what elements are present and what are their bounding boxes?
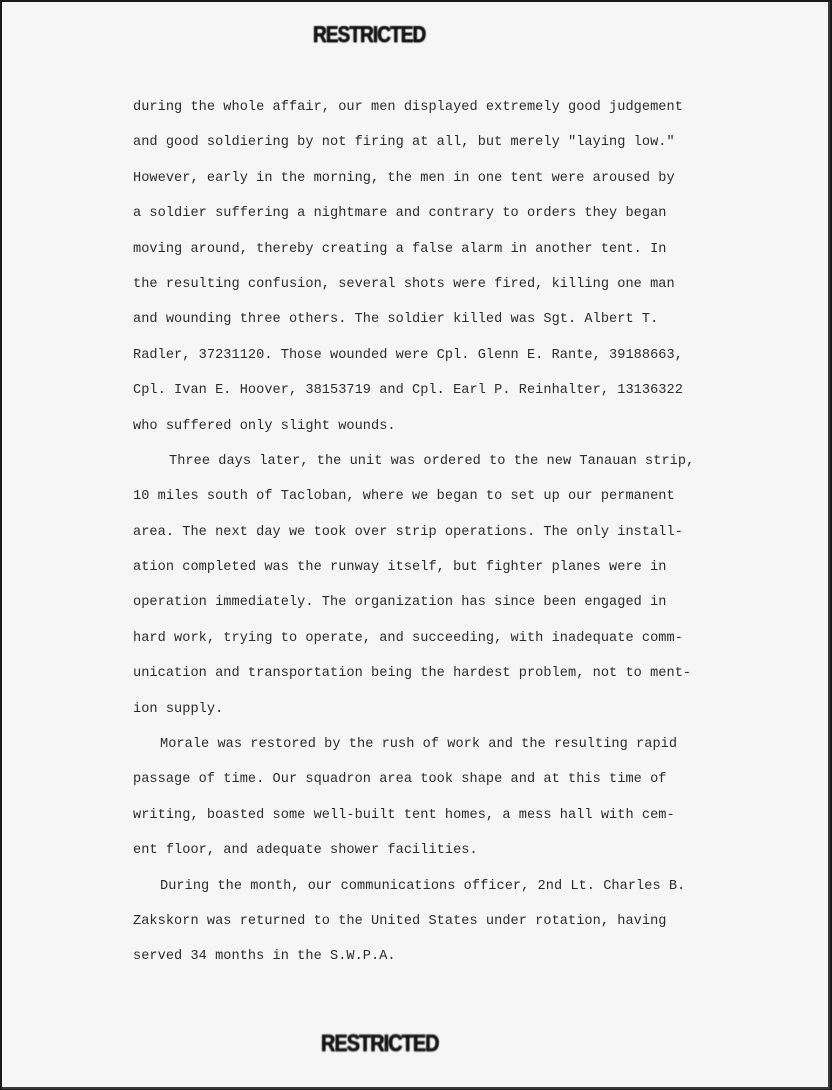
text-line: during the whole affair, our men display…: [133, 90, 733, 125]
text-line: Cpl. Ivan E. Hoover, 38153719 and Cpl. E…: [133, 373, 733, 408]
text-line: ion supply.: [133, 692, 733, 727]
text-line: ent floor, and adequate shower facilitie…: [133, 833, 733, 868]
text-line: However, early in the morning, the men i…: [133, 161, 733, 196]
text-line: and good soldiering by not firing at all…: [133, 125, 733, 160]
document-page: RESTRICTED during the whole affair, our …: [2, 2, 830, 1089]
paragraph-incident: during the whole affair, our men display…: [133, 90, 733, 444]
text-line: During the month, our communications off…: [133, 869, 733, 904]
paragraph-tanauan-strip: Three days later, the unit was ordered t…: [133, 444, 733, 727]
document-body: during the whole affair, our men display…: [133, 90, 733, 975]
text-line: Three days later, the unit was ordered t…: [133, 444, 733, 479]
text-line: Zakskorn was returned to the United Stat…: [133, 904, 733, 939]
header-restricted-stamp: RESTRICTED: [313, 21, 425, 48]
text-line: Morale was restored by the rush of work …: [133, 727, 733, 762]
text-line: area. The next day we took over strip op…: [133, 515, 733, 550]
text-line: ation completed was the runway itself, b…: [133, 550, 733, 585]
text-line: moving around, thereby creating a false …: [133, 232, 733, 267]
text-line: hard work, trying to operate, and succee…: [133, 621, 733, 656]
text-line: and wounding three others. The soldier k…: [133, 302, 733, 337]
text-line: Radler, 37231120. Those wounded were Cpl…: [133, 338, 733, 373]
text-line: passage of time. Our squadron area took …: [133, 762, 733, 797]
text-line: unication and transportation being the h…: [133, 656, 733, 691]
text-line: served 34 months in the S.W.P.A.: [133, 939, 733, 974]
text-line: writing, boasted some well-built tent ho…: [133, 798, 733, 833]
text-line: a soldier suffering a nightmare and cont…: [133, 196, 733, 231]
paragraph-morale: Morale was restored by the rush of work …: [133, 727, 733, 869]
footer-restricted-stamp: RESTRICTED: [321, 1030, 439, 1058]
paragraph-rotation: During the month, our communications off…: [133, 869, 733, 975]
text-line: who suffered only slight wounds.: [133, 409, 733, 444]
text-line: operation immediately. The organization …: [133, 585, 733, 620]
text-line: the resulting confusion, several shots w…: [133, 267, 733, 302]
text-line: 10 miles south of Tacloban, where we beg…: [133, 479, 733, 514]
